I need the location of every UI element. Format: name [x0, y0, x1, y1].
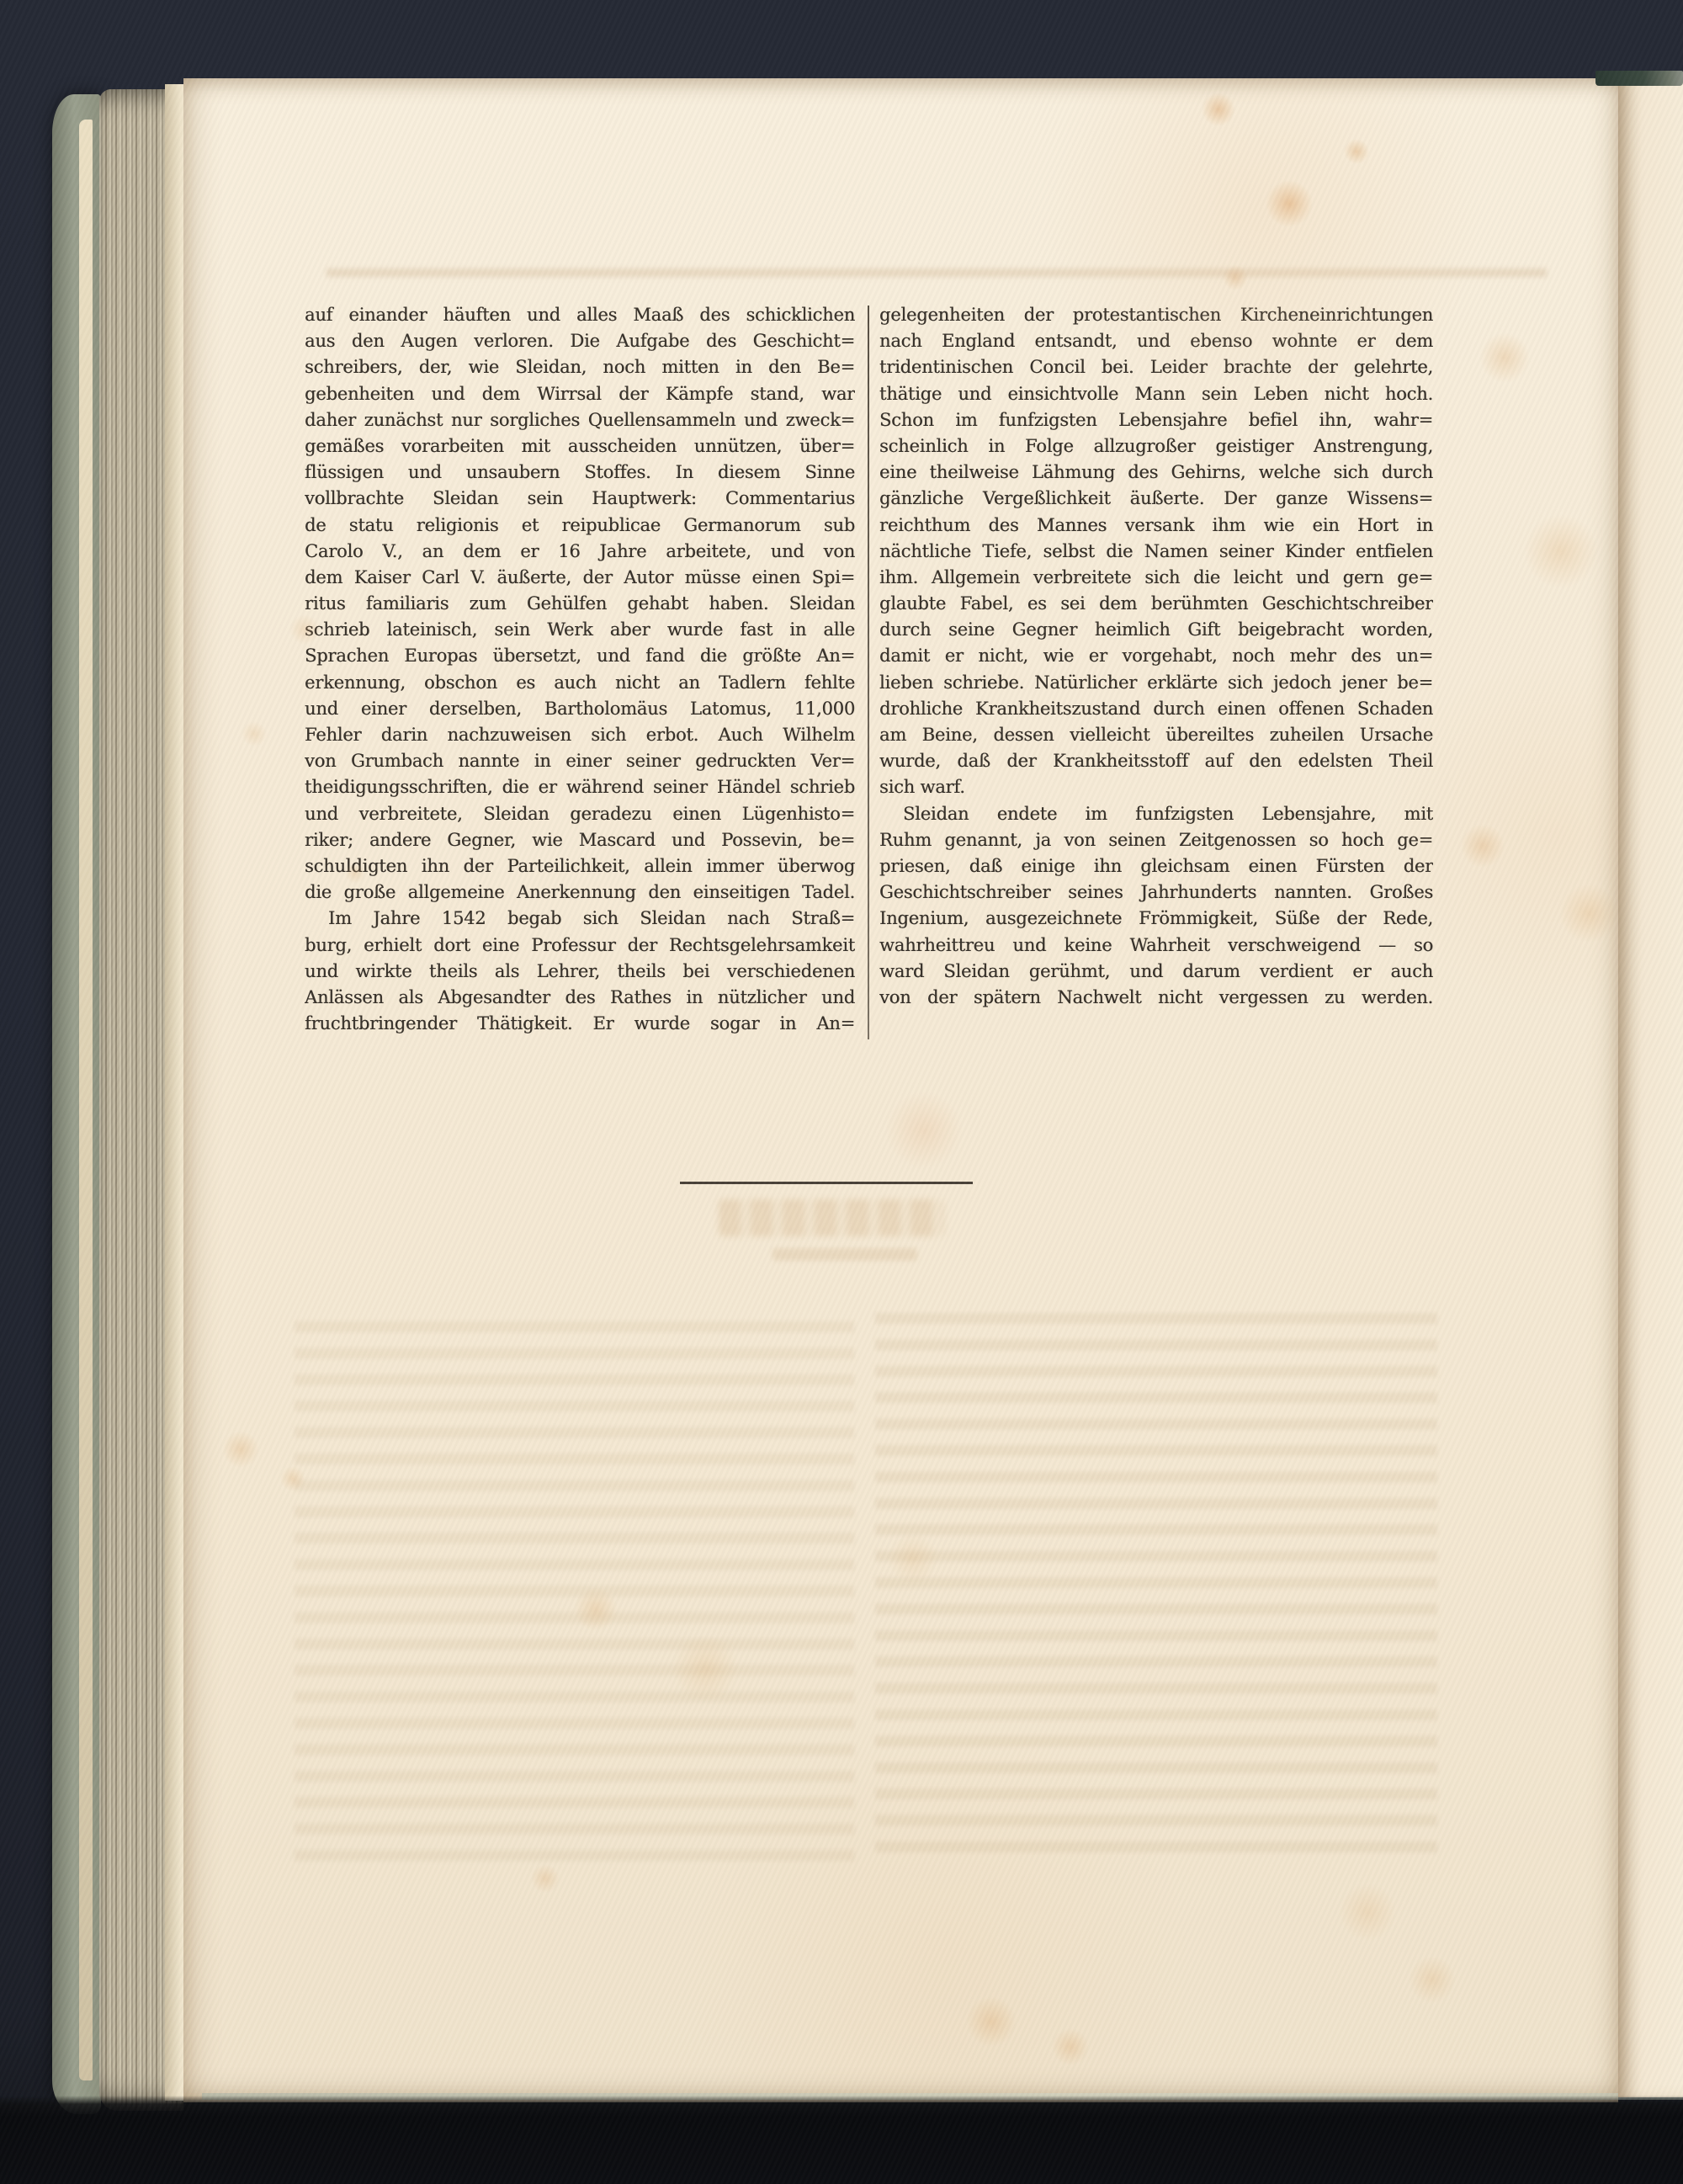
- bleedthrough-left-column: [295, 1321, 854, 1868]
- text-line: wurde, daß der Krankheitsstoff auf den e…: [879, 748, 1433, 774]
- left-text-column: auf einander häuften und alles Maaß des …: [305, 302, 855, 1037]
- photograph-background: auf einander häuften und alles Maaß des …: [0, 0, 1683, 2184]
- text-line: auf einander häuften und alles Maaß des …: [305, 302, 855, 328]
- text-line: gemäßes vorarbeiten mit ausscheiden unnü…: [305, 433, 855, 460]
- text-line: und einer derselben, Bartholomäus Latomu…: [305, 696, 855, 722]
- text-line: theidigungsschriften, die er während sei…: [305, 774, 855, 800]
- text-line: eine theilweise Lähmung des Gehirns, wel…: [879, 460, 1433, 486]
- text-line: und verbreitete, Sleidan geradezu einen …: [305, 801, 855, 827]
- text-line: flüssigen und unsaubern Stoffes. In dies…: [305, 460, 855, 486]
- column-divider-rule: [868, 306, 869, 1039]
- text-line: vollbrachte Sleidan sein Hauptwerk: Comm…: [305, 486, 855, 512]
- text-line: burg, erhielt dort eine Professur der Re…: [305, 933, 855, 959]
- text-line: ward Sleidan gerühmt, und darum verdient…: [879, 959, 1433, 985]
- book-endpaper-edge: [79, 120, 93, 2080]
- book-bottom-shadow: [0, 2096, 1683, 2184]
- text-line: de statu religionis et reipublicae Germa…: [305, 513, 855, 539]
- text-line: die große allgemeine Anerkennung den ein…: [305, 879, 855, 906]
- text-line: reichthum des Mannes versank ihm wie ein…: [879, 513, 1433, 539]
- text-line: gelegenheiten der protestantischen Kirch…: [879, 302, 1433, 328]
- text-line: drohliche Krankheitszustand durch einen …: [879, 696, 1433, 722]
- text-line: Im Jahre 1542 begab sich Sleidan nach St…: [305, 906, 855, 932]
- text-line: fruchtbringender Thätigkeit. Er wurde so…: [305, 1011, 855, 1037]
- text-line: tridentinischen Concil bei. Leider brach…: [879, 354, 1433, 380]
- text-line: aus den Augen verloren. Die Aufgabe des …: [305, 328, 855, 354]
- text-line: damit er nicht, wie er vorgehabt, noch m…: [879, 643, 1433, 669]
- adjacent-page-edge: [1618, 72, 1683, 2097]
- text-line: erkennung, obschon es auch nicht an Tadl…: [305, 670, 855, 696]
- text-line: scheinlich in Folge allzugroßer geistige…: [879, 433, 1433, 460]
- text-line: Fehler darin nachzuweisen sich erbot. Au…: [305, 722, 855, 748]
- text-line: schuldigten ihn der Parteilichkeit, alle…: [305, 853, 855, 879]
- text-line: Geschichtschreiber seines Jahrhunderts n…: [879, 879, 1433, 906]
- book-page: auf einander häuften und alles Maaß des …: [183, 78, 1618, 2102]
- bleedthrough-subheading: [772, 1248, 917, 1261]
- text-line: am Beine, dessen vielleicht übereiltes z…: [879, 722, 1433, 748]
- text-line: riker; andere Gegner, wie Mascard und Po…: [305, 827, 855, 853]
- text-line: schrieb lateinisch, sein Werk aber wurde…: [305, 617, 855, 643]
- text-line: von der spätern Nachwelt nicht vergessen…: [879, 985, 1433, 1011]
- text-line: von Grumbach nannte in einer seiner gedr…: [305, 748, 855, 774]
- text-line: Ingenium, ausgezeichnete Frömmigkeit, Sü…: [879, 906, 1433, 932]
- text-line: priesen, daß einige ihn gleichsam einen …: [879, 853, 1433, 879]
- right-text-column: gelegenheiten der protestantischen Kirch…: [879, 302, 1433, 1011]
- text-line: Sprachen Europas übersetzt, und fand die…: [305, 643, 855, 669]
- text-line: nächtliche Tiefe, selbst die Namen seine…: [879, 539, 1433, 565]
- text-line: Sleidan endete im funfzigsten Lebensjahr…: [879, 801, 1433, 827]
- text-line: sich warf.: [879, 774, 1433, 800]
- text-line: Ruhm genannt, ja von seinen Zeitgenossen…: [879, 827, 1433, 853]
- bleedthrough-header-smudge: [327, 268, 1547, 277]
- bleedthrough-right-column: [875, 1313, 1437, 1865]
- text-line: Carolo V., an dem er 16 Jahre arbeitete,…: [305, 539, 855, 565]
- text-line: ritus familiaris zum Gehülfen gehabt hab…: [305, 591, 855, 617]
- text-line: lieben schriebe. Natürlicher erklärte si…: [879, 670, 1433, 696]
- text-line: Schon im funfzigsten Lebensjahre befiel …: [879, 407, 1433, 433]
- text-line: wahrheittreu und keine Wahrheit verschwe…: [879, 933, 1433, 959]
- text-line: glaubte Fabel, es sei dem berühmten Gesc…: [879, 591, 1433, 617]
- section-end-rule: [680, 1182, 973, 1184]
- text-line: durch seine Gegner heimlich Gift beigebr…: [879, 617, 1433, 643]
- text-line: und wirkte theils als Lehrer, theils bei…: [305, 959, 855, 985]
- text-line: daher zunächst nur sorgliches Quellensam…: [305, 407, 855, 433]
- book-cover-edge: [52, 94, 101, 2114]
- text-line: dem Kaiser Carl V. äußerte, der Autor mü…: [305, 565, 855, 591]
- text-line: nach England entsandt, und ebenso wohnte…: [879, 328, 1433, 354]
- text-line: gänzliche Vergeßlichkeit äußerte. Der ga…: [879, 486, 1433, 512]
- text-line: schreibers, der, wie Sleidan, noch mitte…: [305, 354, 855, 380]
- text-line: gebenheiten und dem Wirrsal der Kämpfe s…: [305, 381, 855, 407]
- bleedthrough-heading: [719, 1199, 944, 1236]
- book-cover-corner: [1595, 71, 1683, 86]
- text-line: ihm. Allgemein verbreitete sich die leic…: [879, 565, 1433, 591]
- text-line: Anlässen als Abgesandter des Rathes in n…: [305, 985, 855, 1011]
- text-line: thätige und einsichtvolle Mann sein Lebe…: [879, 381, 1433, 407]
